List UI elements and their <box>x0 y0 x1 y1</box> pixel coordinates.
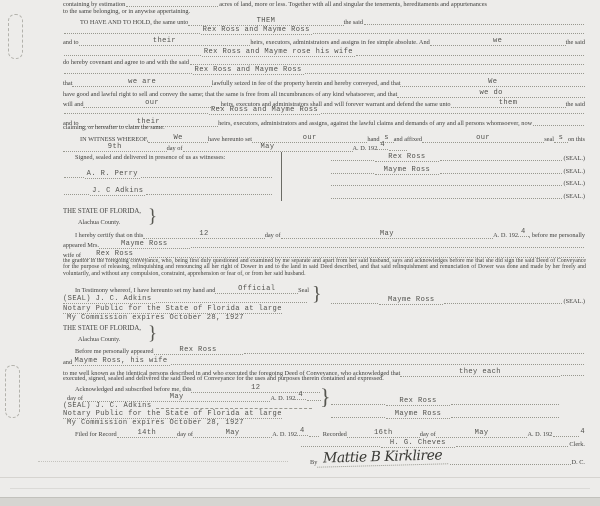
before-me-name: Rex Ross <box>154 346 243 355</box>
ack-date-line: day of May A. D. 192 4 <box>67 393 322 402</box>
scan-streak-2 <box>10 488 590 489</box>
covenant-line: do hereby covenant and agree to and with… <box>63 59 585 66</box>
appeared-line: appeared Mrs. Mayme Ross <box>63 240 585 249</box>
deed-document-page: containing by estimation acres of land, … <box>0 0 600 506</box>
county-heading-1: Alachua County. <box>78 219 120 226</box>
certify-year-fill: 4 <box>518 228 529 237</box>
certify-month-fill: May <box>281 230 494 239</box>
state-brace-1: } <box>148 206 157 228</box>
notary-title-line-2: Notary Public for the State of Florida a… <box>63 410 282 419</box>
seal-line-2: Mayme Ross (SEAL.) <box>330 166 585 175</box>
ack-year-fill: 4 <box>295 391 306 400</box>
we-fill-2: We <box>400 78 585 87</box>
appeared-name: Mayme Ross <box>99 240 190 249</box>
rex-ack-signature-line: Rex Ross <box>330 397 560 406</box>
filed-month-fill: May <box>193 429 272 438</box>
witness-whereof-line: IN WITNESS WHEREOF, We have hereunto set… <box>80 134 585 143</box>
seal-s-fill: s <box>554 134 568 143</box>
seal-line-1: Rex Ross (SEAL.) <box>330 153 585 162</box>
tenements-text: acres of land, more or less. Together wi… <box>219 1 487 8</box>
mayme-ack-signature-line: Mayme Ross <box>330 410 560 419</box>
grantee-name-line: Rex Ross and Mayme Ross <box>63 26 585 35</box>
commission-line-1: My Commission expires October 28, 1927 <box>67 314 244 322</box>
seal-line-4: (SEAL.) <box>330 193 585 200</box>
faint-dotted-mark <box>38 461 288 462</box>
seal-label: (SEAL.) <box>563 180 585 187</box>
seal-label: (SEAL.) <box>563 298 585 305</box>
recorded-day-fill: 16th <box>347 429 420 438</box>
grantee-name: Rex Ross and Mayme Ross <box>201 26 312 35</box>
ack-month-fill: May <box>83 393 271 402</box>
commission-line-2: My Commission expires October 28, 1927 <box>67 419 244 427</box>
unto-fill: THEM <box>188 17 343 26</box>
mayme-seal-line: Mayme Ross (SEAL.) <box>330 296 585 305</box>
rex-ross-ack-signature: Rex Ross <box>386 397 450 406</box>
claiming-line: claiming, or hereafter to claim the same… <box>63 124 165 131</box>
witness-line-1: A. R. Perry <box>63 170 273 179</box>
signature-rex-ross: Rex Ross <box>375 153 439 162</box>
hole-punch-bottom <box>5 365 20 418</box>
seal-label: (SEAL.) <box>563 155 585 162</box>
month-fill: May <box>183 143 353 152</box>
state-heading-1: THE STATE OF FLORIDA, <box>63 208 141 215</box>
day-fill: 9th <box>63 143 167 152</box>
covenant-name-line: Rex Ross and Mayme Ross <box>63 66 585 75</box>
heirs-line: and to their heirs, executors, administr… <box>63 37 585 46</box>
estimation-text: containing by estimation <box>63 1 125 8</box>
our-hands-fill: our <box>252 134 367 143</box>
estimation-line: containing by estimation acres of land, … <box>63 1 585 8</box>
mayme-ross-signature: Mayme Ross <box>379 296 443 305</box>
state-brace-2: } <box>148 323 157 345</box>
witness-line-2: J. C Adkins <box>63 187 273 196</box>
we-fill: we <box>430 37 566 46</box>
commission-2: My Commission expires October 28, 1927 <box>67 419 244 427</box>
witness-adkins: J. C Adkins <box>90 187 145 196</box>
certify-day-fill: 12 <box>143 230 264 239</box>
incumbrances-line: have good and lawful right to sell and c… <box>63 89 585 98</box>
grantor-name: Rex Ross and Mayme rose his wife <box>202 48 355 57</box>
scan-streak-1 <box>0 477 600 478</box>
testimony-brace: } <box>312 283 322 306</box>
official-fill: Official <box>215 285 298 294</box>
they-each-fill: they each <box>400 368 559 377</box>
notary-title-2: Notary Public for the State of Florida a… <box>63 410 282 419</box>
warrant-name: Rex Ross and Mayme Ross <box>209 106 320 115</box>
execution-date-line: 9th day of May A. D. 192 4 <box>63 143 408 152</box>
we-fill-3: We <box>148 134 208 143</box>
seal-label: (SEAL.) <box>563 193 585 200</box>
seal-label: (SEAL.) <box>563 168 585 175</box>
deputy-line: By Mattie B Kirkliree D. C. <box>310 447 585 466</box>
we-do-fill: we do <box>397 89 585 98</box>
hole-punch-top <box>8 14 23 59</box>
notary-signature-line-2: (SEAL) J. C. Adkins <box>63 402 313 410</box>
and-wife-line: and Mayme Ross, his wife <box>63 357 585 366</box>
filed-day-fill: 14th <box>117 429 177 438</box>
signature-mayme-ross: Mayme Ross <box>375 166 439 175</box>
signed-sealed-label: Signed, sealed and delivered in presence… <box>75 154 225 161</box>
executed-line: executed, signed, sealed and delivered t… <box>63 375 384 382</box>
testimony-line: In Testimony whereof, I have hereunto se… <box>75 285 309 294</box>
filed-year-fill: 4 <box>297 427 308 436</box>
deputy-clerk-signature: Mattie B Kirkliree <box>317 447 449 467</box>
recorded-year-fill: 4 <box>580 428 585 436</box>
grantor-name-line: Rex Ross and Mayme rose his wife <box>63 48 585 57</box>
filed-record-line: Filed for Record 14th day of May A. D. 1… <box>75 429 585 438</box>
notary-title-1: Notary Public for the State of Florida a… <box>63 305 282 314</box>
seal-line-3: (SEAL.) <box>330 180 585 187</box>
recorded-month-fill: May <box>436 429 528 438</box>
we-are-fill: we are <box>72 78 211 87</box>
certify-line: I hereby certify that on this 12 day of … <box>75 230 585 239</box>
acknowledged-line: Acknowledged and subscribed before me, t… <box>75 384 320 393</box>
state-heading-2: THE STATE OF FLORIDA, <box>63 325 141 332</box>
witness-perry: A. R. Perry <box>85 170 140 179</box>
their-fill: their <box>79 37 251 46</box>
dower-paragraph: the grantor in the foregoing conveyance,… <box>63 258 586 284</box>
appertaining-line: to the same belonging, or in anywise app… <box>63 8 190 15</box>
and-wife-name: Mayme Ross, his wife <box>72 357 170 366</box>
witness-divider <box>281 152 282 201</box>
year-fill: 4 <box>377 141 388 150</box>
mayme-ross-ack-signature: Mayme Ross <box>386 410 450 419</box>
county-heading-2: Alachua County. <box>78 336 120 343</box>
dc-label: D. C. <box>572 459 585 466</box>
before-me-line: Before me personally appeared Rex Ross <box>75 346 585 355</box>
notary-seal-adkins: (SEAL) J. C. Adkins <box>63 295 155 304</box>
seized-line: that we are lawfully seized in fee of th… <box>63 78 585 87</box>
page-edge-band <box>0 497 600 506</box>
notary-seal-adkins-2: (SEAL) J. C. Adkins <box>63 402 155 410</box>
commission-1: My Commission expires October 28, 1927 <box>67 314 244 322</box>
our-seals-fill: our <box>422 134 544 143</box>
habendum-line: TO HAVE AND TO HOLD, the same unto THEM … <box>80 17 585 26</box>
covenant-name: Rex Ross and Mayme Ross <box>193 66 304 75</box>
notary-title-line-1: Notary Public for the State of Florida a… <box>63 305 282 314</box>
warrant-name-line: Rex Ross and Mayme Ross <box>63 106 585 115</box>
notary-signature-line-1: (SEAL) J. C. Adkins <box>63 295 308 304</box>
